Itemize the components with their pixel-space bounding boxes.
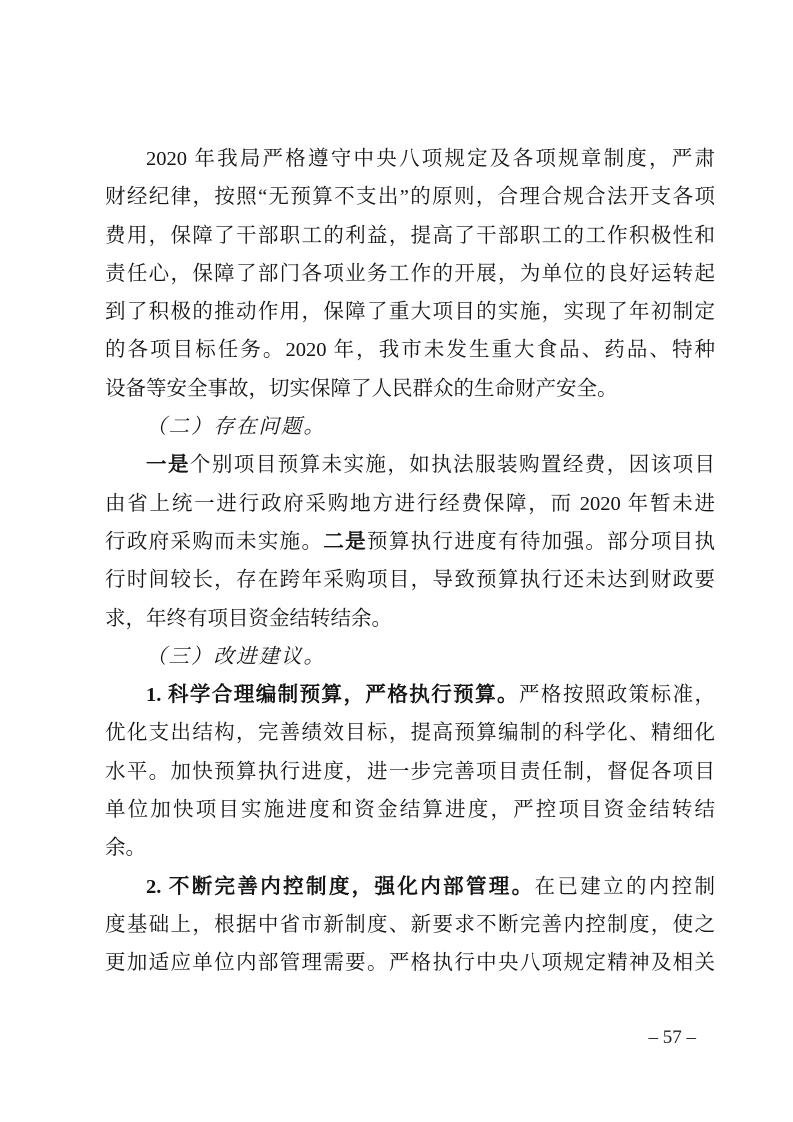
text-run: （三）改进建议。 <box>146 646 326 668</box>
text-run: 在已建立的内控制 <box>535 876 715 898</box>
text-line: 水平。加快预算执行进度，进一步完善项目责任制，督促各项目 <box>105 753 715 791</box>
text-run: 费用，保障了干部职工的利益，提高了干部职工的工作积极性和 <box>105 225 715 247</box>
text-run: 责任心，保障了部门各项业务工作的开展，为单位的良好运转起 <box>105 263 715 285</box>
page-number-text: – 57 – <box>649 1027 697 1048</box>
text-line: 单位加快项目实施进度和资金结算进度，严控项目资金结转结 <box>105 791 715 829</box>
text-line: 2020 年我局严格遵守中央八项规定及各项规章制度，严肃 <box>105 140 715 178</box>
text-line: 行时间较长，存在跨年采购项目，导致预算执行还未达到财政要 <box>105 561 715 599</box>
text-line: 费用，保障了干部职工的利益，提高了干部职工的工作积极性和 <box>105 217 715 255</box>
document-body: 2020 年我局严格遵守中央八项规定及各项规章制度，严肃财经纪律，按照“无预算不… <box>105 140 715 983</box>
document-page: 2020 年我局严格遵守中央八项规定及各项规章制度，严肃财经纪律，按照“无预算不… <box>0 0 793 1122</box>
text-run: 2020 年我局严格遵守中央八项规定及各项规章制度，严肃 <box>146 148 715 170</box>
bold-text-run: 二是 <box>323 531 367 553</box>
text-line: 责任心，保障了部门各项业务工作的开展，为单位的良好运转起 <box>105 255 715 293</box>
text-run: 度基础上，根据中省市新制度、新要求不断完善内控制度，使之 <box>105 914 715 936</box>
text-run: 水平。加快预算执行进度，进一步完善项目责任制，督促各项目 <box>105 761 715 783</box>
text-run: 行政府采购而未实施。 <box>105 531 323 553</box>
text-line: 2. 不断完善内控制度，强化内部管理。在已建立的内控制 <box>105 868 715 906</box>
text-run: 更加适应单位内部管理需要。严格执行中央八项规定精神及相关 <box>105 952 715 974</box>
text-line: 更加适应单位内部管理需要。严格执行中央八项规定精神及相关 <box>105 944 715 982</box>
bold-text-run: 2. 不断完善内控制度，强化内部管理。 <box>146 876 535 898</box>
text-line: 财经纪律，按照“无预算不支出”的原则，合理合规合法开支各项 <box>105 178 715 216</box>
text-run: 财经纪律，按照“无预算不支出”的原则，合理合规合法开支各项 <box>105 186 715 208</box>
text-run: 单位加快项目实施进度和资金结算进度，严控项目资金结转结 <box>105 799 715 821</box>
bold-text-run: 1. 科学合理编制预算，严格执行预算。 <box>146 684 519 706</box>
text-run: 的各项目标任务。2020 年，我市未发生重大食品、药品、特种 <box>105 339 715 361</box>
text-line: 行政府采购而未实施。二是预算执行进度有待加强。部分项目执 <box>105 523 715 561</box>
section-heading-line: （三）改进建议。 <box>105 638 715 676</box>
text-line: 由省上统一进行政府采购地方进行经费保障，而 2020 年暂未进 <box>105 485 715 523</box>
text-line: 度基础上，根据中省市新制度、新要求不断完善内控制度，使之 <box>105 906 715 944</box>
text-run: 余。 <box>105 837 146 859</box>
text-run: （二）存在问题。 <box>146 416 326 438</box>
text-line: 余。 <box>105 829 715 867</box>
text-line: 优化支出结构，完善绩效目标，提高预算编制的科学化、精细化 <box>105 714 715 752</box>
text-run: 个别项目预算未实施，如执法服装购置经费，因该项目 <box>190 454 715 476</box>
text-run: 严格按照政策标准， <box>519 684 715 706</box>
text-line: 一是个别项目预算未实施，如执法服装购置经费，因该项目 <box>105 446 715 484</box>
text-run: 优化支出结构，完善绩效目标，提高预算编制的科学化、精细化 <box>105 722 715 744</box>
text-run: 设备等安全事故，切实保障了人民群众的生命财产安全。 <box>105 378 618 400</box>
text-run: 行时间较长，存在跨年采购项目，导致预算执行还未达到财政要 <box>105 569 715 591</box>
section-heading-line: （二）存在问题。 <box>105 408 715 446</box>
text-line: 1. 科学合理编制预算，严格执行预算。严格按照政策标准， <box>105 676 715 714</box>
text-line: 设备等安全事故，切实保障了人民群众的生命财产安全。 <box>105 370 715 408</box>
text-run: 由省上统一进行政府采购地方进行经费保障，而 2020 年暂未进 <box>105 493 715 515</box>
text-line: 的各项目标任务。2020 年，我市未发生重大食品、药品、特种 <box>105 331 715 369</box>
page-number: – 57 – <box>649 1026 697 1050</box>
text-run: 求，年终有项目资金结转结余。 <box>105 608 392 630</box>
text-run: 到了积极的推动作用，保障了重大项目的实施，实现了年初制定 <box>105 301 715 323</box>
bold-text-run: 一是 <box>146 454 190 476</box>
text-line: 求，年终有项目资金结转结余。 <box>105 600 715 638</box>
text-run: 预算执行进度有待加强。部分项目执 <box>367 531 715 553</box>
text-line: 到了积极的推动作用，保障了重大项目的实施，实现了年初制定 <box>105 293 715 331</box>
